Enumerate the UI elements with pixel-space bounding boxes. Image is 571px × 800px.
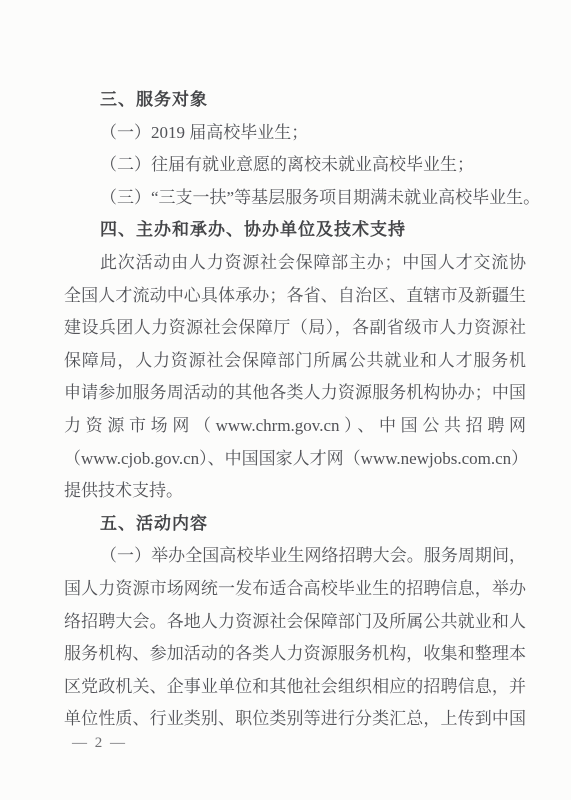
list-item-previous-graduates: （二）往届有就业意愿的离校未就业高校毕业生； [64,149,526,182]
body-line: 区党政机关、企事业单位和其他社会组织相应的招聘信息，并按 [64,671,526,704]
body-line: 单位性质、行业类别、职位类别等进行分类汇总，上传到中国人 [64,703,526,736]
body-line: 保障局，人力资源社会保障部门所属公共就业和人才服务机构， [64,345,526,378]
list-item-graduates-2019: （一）2019 届高校毕业生； [64,117,526,150]
body-line-cjob-newjobs-urls: （www.cjob.gov.cn）、中国国家人才网（www.newjobs.co… [64,443,526,476]
body-line: 国人力资源市场网统一发布适合高校毕业生的招聘信息，举办网 [64,573,526,606]
body-line: 全国人才流动中心具体承办；各省、自治区、直辖市及新疆生产 [64,280,526,313]
body-line: 此次活动由人力资源社会保障部主办；中国人才交流协会、 [64,247,526,280]
document-page: 三、服务对象 （一）2019 届高校毕业生； （二）往届有就业意愿的离校未就业高… [0,0,571,800]
body-line: （一）举办全国高校毕业生网络招聘大会。服务周期间，中 [64,540,526,573]
list-item-grassroots-program: （三）“三支一扶”等基层服务项目期满未就业高校毕业生。 [64,182,526,215]
section-heading-organizers: 四、主办和承办、协办单位及技术支持 [64,214,526,247]
body-line-chrm-url: 力资源市场网（www.chrm.gov.cn）、中国公共招聘网 [64,410,526,443]
section-heading-activities: 五、活动内容 [64,508,526,541]
document-text-block: 三、服务对象 （一）2019 届高校毕业生； （二）往届有就业意愿的离校未就业高… [64,84,526,736]
section-heading-service-targets: 三、服务对象 [64,84,526,117]
body-line: 服务机构、参加活动的各类人力资源服务机构，收集和整理本地 [64,638,526,671]
body-line: 建设兵团人力资源社会保障厅（局），各副省级市人力资源社会 [64,312,526,345]
page-number: — 2 — [72,732,127,754]
body-line: 申请参加服务周活动的其他各类人力资源服务机构协办；中国人 [64,377,526,410]
body-line: 络招聘大会。各地人力资源社会保障部门及所属公共就业和人才 [64,606,526,639]
body-line: 提供技术支持。 [64,475,526,508]
